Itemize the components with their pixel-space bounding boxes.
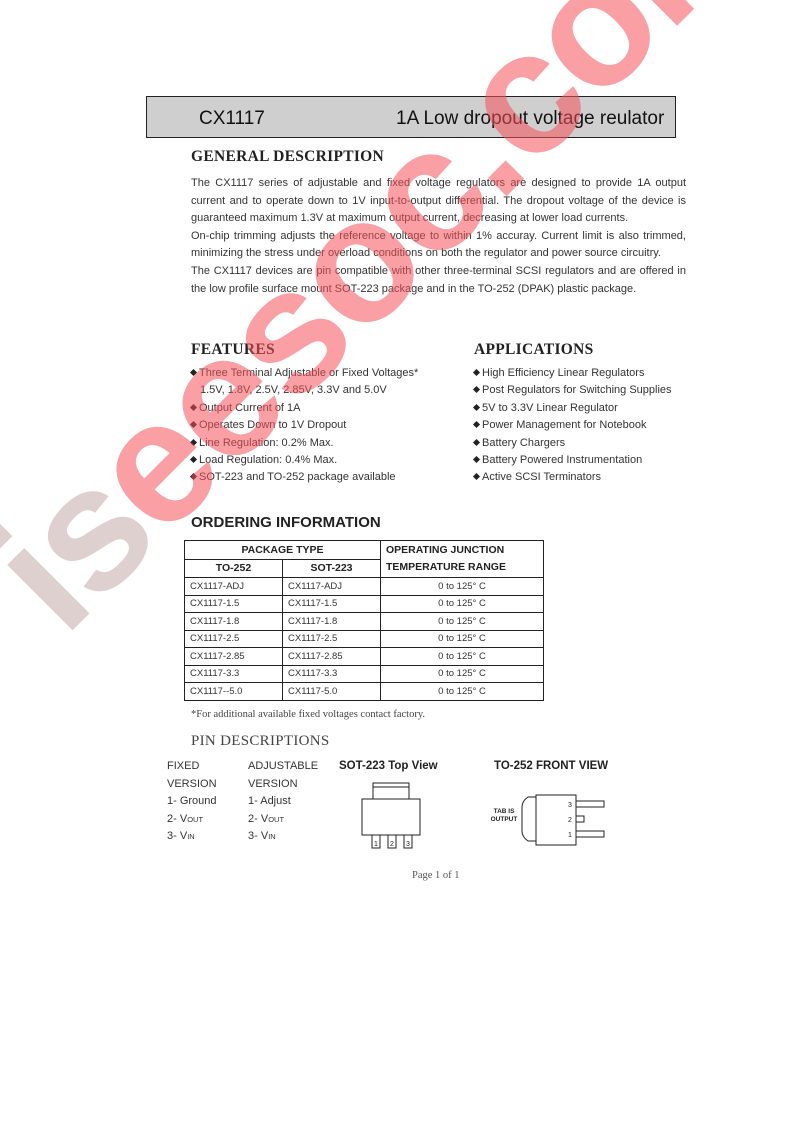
feature-item: Three Terminal Adjustable or Fixed Volta… <box>190 365 418 382</box>
to252-cell: CX1117--5.0 <box>185 683 283 701</box>
ordering-heading: ORDERING INFORMATION <box>191 514 381 531</box>
page-number: Page 1 of 1 <box>412 870 460 881</box>
sot223-diagram-title: SOT-223 Top View <box>339 760 438 772</box>
svg-text:1: 1 <box>568 832 572 839</box>
general-description-heading: GENERAL DESCRIPTION <box>191 148 384 166</box>
svg-text:TAB IS: TAB IS <box>494 808 515 815</box>
sot223-cell: CX1117-1.5 <box>283 595 381 613</box>
temperature-cell: 0 to 125° C <box>381 683 544 701</box>
pin-descriptions-heading: PIN DESCRIPTIONS <box>191 733 330 750</box>
bullet-icon <box>190 421 197 428</box>
to252-cell: CX1117-3.3 <box>185 665 283 683</box>
bullet-icon <box>473 421 480 428</box>
temperature-cell: 0 to 125° C <box>381 613 544 631</box>
part-number: CX1117 <box>199 108 265 130</box>
document-title: 1A Low dropout voltage reulator <box>396 108 664 130</box>
sot223-cell: CX1117-1.8 <box>283 613 381 631</box>
bullet-icon <box>190 369 197 376</box>
bullet-icon <box>473 439 480 446</box>
feature-item: SOT-223 and TO-252 package available <box>190 469 418 486</box>
application-item: 5V to 3.3V Linear Regulator <box>473 400 672 417</box>
bullet-icon <box>190 439 197 446</box>
application-item: Power Management for Notebook <box>473 417 672 434</box>
sot223-cell: CX1117-2.5 <box>283 630 381 648</box>
table-row: CX1117-1.8CX1117-1.80 to 125° C <box>185 613 544 631</box>
bullet-icon <box>473 369 480 376</box>
ordering-footnote: *For additional available fixed voltages… <box>191 709 425 720</box>
bullet-icon <box>473 473 480 480</box>
bullet-icon <box>473 386 480 393</box>
sot223-column-header: SOT-223 <box>283 559 381 578</box>
general-description-body: The CX1117 series of adjustable and fixe… <box>191 175 686 298</box>
to252-cell: CX1117-2.85 <box>185 648 283 666</box>
table-row: CX1117-2.85CX1117-2.850 to 125° C <box>185 648 544 666</box>
temperature-cell: 0 to 125° C <box>381 578 544 596</box>
sot223-cell: CX1117-ADJ <box>283 578 381 596</box>
bullet-icon <box>190 473 197 480</box>
feature-item-continued: 1.5V, 1.8V, 2.5V, 2.85V, 3.3V and 5.0V <box>190 382 418 399</box>
feature-item: Output Current of 1A <box>190 400 418 417</box>
to252-cell: CX1117-2.5 <box>185 630 283 648</box>
feature-item: Line Regulation: 0.2% Max. <box>190 435 418 452</box>
table-row: CX1117-2.5CX1117-2.50 to 125° C <box>185 630 544 648</box>
features-list: Three Terminal Adjustable or Fixed Volta… <box>190 365 418 487</box>
svg-text:1: 1 <box>374 841 378 848</box>
application-item: Active SCSI Terminators <box>473 469 672 486</box>
description-paragraph: On-chip trimming adjusts the reference v… <box>191 228 686 263</box>
table-row: CX1117-1.5CX1117-1.50 to 125° C <box>185 595 544 613</box>
applications-list: High Efficiency Linear Regulators Post R… <box>473 365 672 487</box>
to252-package-diagram: TAB IS OUTPUT 3 2 1 <box>486 793 616 853</box>
svg-text:2: 2 <box>568 817 572 824</box>
package-type-header: PACKAGE TYPE <box>185 541 381 560</box>
svg-text:3: 3 <box>568 802 572 809</box>
features-heading: FEATURES <box>191 341 275 359</box>
bullet-icon <box>190 456 197 463</box>
ordering-table: PACKAGE TYPE OPERATING JUNCTION TEMPERAT… <box>184 540 544 701</box>
adjustable-version-pins: ADJUSTABLE VERSION 1- Adjust 2- VOUT 3- … <box>248 758 318 846</box>
application-item: Battery Chargers <box>473 435 672 452</box>
bullet-icon <box>190 404 197 411</box>
applications-heading: APPLICATIONS <box>474 341 594 359</box>
sot223-cell: CX1117-2.85 <box>283 648 381 666</box>
fixed-version-pins: FIXED VERSION 1- Ground 2- VOUT 3- VIN <box>167 758 217 846</box>
sot223-cell: CX1117-5.0 <box>283 683 381 701</box>
bullet-icon <box>473 456 480 463</box>
temperature-header: OPERATING JUNCTION TEMPERATURE RANGE <box>381 541 544 578</box>
application-item: High Efficiency Linear Regulators <box>473 365 672 382</box>
temperature-cell: 0 to 125° C <box>381 630 544 648</box>
description-paragraph: The CX1117 series of adjustable and fixe… <box>191 175 686 228</box>
table-row: CX1117-3.3CX1117-3.30 to 125° C <box>185 665 544 683</box>
svg-text:3: 3 <box>406 841 410 848</box>
application-item: Battery Powered Instrumentation <box>473 452 672 469</box>
svg-text:OUTPUT: OUTPUT <box>491 816 518 823</box>
temperature-cell: 0 to 125° C <box>381 648 544 666</box>
temperature-cell: 0 to 125° C <box>381 595 544 613</box>
table-row: CX1117--5.0CX1117-5.00 to 125° C <box>185 683 544 701</box>
temperature-cell: 0 to 125° C <box>381 665 544 683</box>
to252-column-header: TO-252 <box>185 559 283 578</box>
feature-item: Load Regulation: 0.4% Max. <box>190 452 418 469</box>
to252-cell: CX1117-1.5 <box>185 595 283 613</box>
description-paragraph: The CX1117 devices are pin compatible wi… <box>191 263 686 298</box>
application-item: Post Regulators for Switching Supplies <box>473 382 672 399</box>
to252-cell: CX1117-1.8 <box>185 613 283 631</box>
feature-item: Operates Down to 1V Dropout <box>190 417 418 434</box>
to252-cell: CX1117-ADJ <box>185 578 283 596</box>
table-row: CX1117-ADJCX1117-ADJ0 to 125° C <box>185 578 544 596</box>
sot223-cell: CX1117-3.3 <box>283 665 381 683</box>
to252-diagram-title: TO-252 FRONT VIEW <box>494 760 608 772</box>
bullet-icon <box>473 404 480 411</box>
sot223-package-diagram: 1 2 3 <box>355 782 435 852</box>
svg-text:2: 2 <box>390 841 394 848</box>
